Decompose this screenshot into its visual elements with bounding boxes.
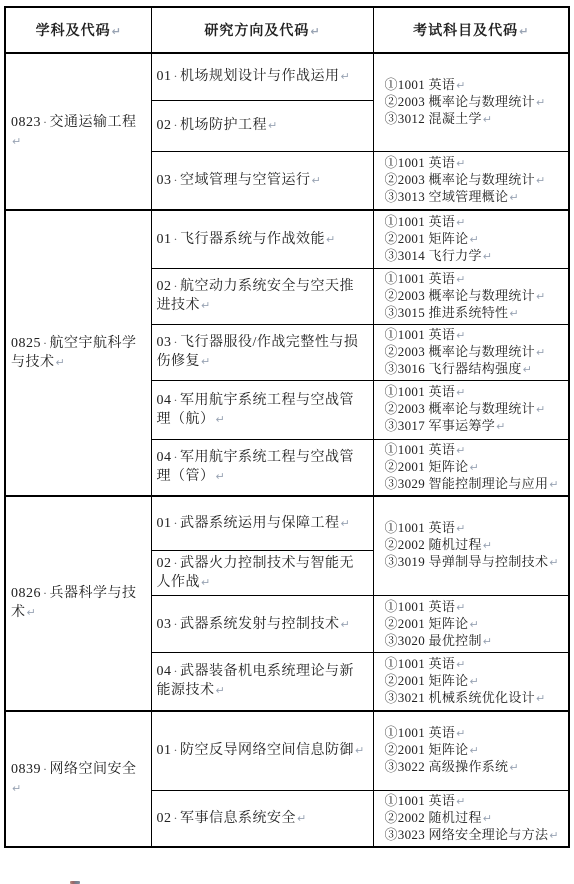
return-mark: ↵ xyxy=(325,233,335,246)
return-mark: ↵ xyxy=(455,329,465,342)
header-cell-discipline: 学科及代码↵ xyxy=(5,7,151,53)
discipline-cell: 0826·兵器科学与技术↵ xyxy=(5,496,151,711)
return-mark: ↵ xyxy=(535,692,545,705)
direction-cell: 04·武器装备机电系统理论与新能源技术↵ xyxy=(151,653,373,711)
return-mark: ↵ xyxy=(215,684,225,697)
section-0825: 0825·航空宇航科学与技术↵ 01·飞行器系统与作战效能↵ ①1001 英语↵… xyxy=(5,210,569,496)
exam-line: ②2003 概率论与数理统计↵ xyxy=(385,288,567,305)
separator-dot: · xyxy=(172,450,181,464)
exam-subject: ②2003 概率论与数理统计 xyxy=(385,401,535,416)
return-mark: ↵ xyxy=(548,556,558,569)
return-mark: ↵ xyxy=(340,618,350,631)
separator-dot: · xyxy=(172,617,181,631)
exam-subject: ①1001 英语 xyxy=(385,520,456,535)
return-mark: ↵ xyxy=(468,233,478,246)
exam-cell: ①1001 英语↵ ②2001 矩阵论↵ ③3022 高级操作系统↵ xyxy=(373,711,569,791)
separator-dot: · xyxy=(172,743,181,757)
discipline-cell: 0825·航空宇航科学与技术↵ xyxy=(5,210,151,496)
exam-cell: ①1001 英语↵ ②2001 矩阵论↵ ③3021 机械系统优化设计↵ xyxy=(373,653,569,711)
discipline-code: 0826 xyxy=(11,586,41,601)
exam-subject: ②2003 概率论与数理统计 xyxy=(385,288,535,303)
exam-subject: ③3020 最优控制 xyxy=(385,633,482,648)
exam-subject: ②2003 概率论与数理统计 xyxy=(385,94,535,109)
direction-name: 军用航宇系统工程与空战管理（航） xyxy=(157,393,355,427)
exam-line: ②2001 矩阵论↵ xyxy=(385,673,567,690)
exam-subject: ②2001 矩阵论 xyxy=(385,231,469,246)
exam-line: ③3019 导弹制导与控制技术↵ xyxy=(385,554,567,571)
direction-name: 机场防护工程 xyxy=(180,118,267,133)
exam-line: ②2003 概率论与数理统计↵ xyxy=(385,94,567,111)
exam-line: ①1001 英语↵ xyxy=(385,520,567,537)
return-mark: ↵ xyxy=(200,299,210,312)
separator-dot: · xyxy=(172,811,181,825)
direction-cell: 02·军事信息系统安全↵ xyxy=(151,791,373,848)
return-mark: ↵ xyxy=(535,96,545,109)
return-mark: ↵ xyxy=(455,522,465,535)
return-mark: ↵ xyxy=(482,539,492,552)
return-mark: ↵ xyxy=(468,675,478,688)
direction-cell: 02·武器火力控制技术与智能无人作战↵ xyxy=(151,551,373,596)
separator-dot: · xyxy=(41,762,50,776)
exam-line: ③3021 机械系统优化设计↵ xyxy=(385,690,567,707)
exam-subject: ①1001 英语 xyxy=(385,327,456,342)
exam-line: ①1001 英语↵ xyxy=(385,384,567,401)
direction-code: 01 xyxy=(157,232,172,247)
table-row: 0823·交通运输工程↵ 01·机场规划设计与作战运用↵ ①1001 英语↵ ②… xyxy=(5,53,569,100)
discipline-code: 0839 xyxy=(11,762,41,777)
separator-dot: · xyxy=(41,586,50,600)
exam-line: ③3014 飞行力学↵ xyxy=(385,248,567,265)
return-mark: ↵ xyxy=(11,135,21,148)
direction-code: 04 xyxy=(157,393,172,408)
exam-line: ②2001 矩阵论↵ xyxy=(385,459,567,476)
exam-subject: ③3023 网络安全理论与方法 xyxy=(385,827,549,842)
return-mark: ↵ xyxy=(455,795,465,808)
exam-subject: ①1001 英语 xyxy=(385,384,456,399)
direction-name: 机场规划设计与作战运用 xyxy=(180,69,340,84)
exam-line: ①1001 英语↵ xyxy=(385,442,567,459)
exam-subject: ②2001 矩阵论 xyxy=(385,742,469,757)
return-mark: ↵ xyxy=(482,812,492,825)
exam-line: ③3023 网络安全理论与方法↵ xyxy=(385,827,567,844)
return-mark: ↵ xyxy=(55,356,65,369)
direction-cell: 02·机场防护工程↵ xyxy=(151,100,373,151)
separator-dot: · xyxy=(172,393,181,407)
exam-subject: ③3019 导弹制导与控制技术 xyxy=(385,554,549,569)
exam-subject: ②2003 概率论与数理统计 xyxy=(385,344,535,359)
direction-cell: 01·机场规划设计与作战运用↵ xyxy=(151,53,373,100)
return-mark: ↵ xyxy=(340,517,350,530)
return-mark: ↵ xyxy=(455,216,465,229)
direction-cell: 01·防空反导网络空间信息防御↵ xyxy=(151,711,373,791)
direction-code: 03 xyxy=(157,335,172,350)
direction-name: 飞行器服役/作战完整性与损伤修复 xyxy=(157,335,359,369)
direction-cell: 03·飞行器服役/作战完整性与损伤修复↵ xyxy=(151,324,373,380)
direction-name: 防空反导网络空间信息防御 xyxy=(180,743,354,758)
separator-dot: · xyxy=(41,115,50,129)
return-mark: ↵ xyxy=(508,761,518,774)
exam-line: ②2003 概率论与数理统计↵ xyxy=(385,172,567,189)
return-mark: ↵ xyxy=(296,812,306,825)
exam-cell: ①1001 英语↵ ②2003 概率论与数理统计↵ ③3013 空域管理概论↵ xyxy=(373,151,569,210)
header-row: 学科及代码↵ 研究方向及代码↵ 考试科目及代码↵ xyxy=(5,7,569,53)
section-0839: 0839·网络空间安全↵ 01·防空反导网络空间信息防御↵ ①1001 英语↵ … xyxy=(5,711,569,848)
direction-cell: 03·武器系统发射与控制技术↵ xyxy=(151,596,373,653)
section-0826: 0826·兵器科学与技术↵ 01·武器系统运用与保障工程↵ ①1001 英语↵ … xyxy=(5,496,569,711)
discipline-cell: 0839·网络空间安全↵ xyxy=(5,711,151,848)
exam-line: ③3012 混凝土学↵ xyxy=(385,111,567,128)
direction-code: 01 xyxy=(157,743,172,758)
discipline-cell: 0823·交通运输工程↵ xyxy=(5,53,151,210)
separator-dot: · xyxy=(172,664,181,678)
direction-name: 武器装备机电系统理论与新能源技术 xyxy=(157,664,355,698)
return-mark: ↵ xyxy=(468,744,478,757)
return-mark: ↵ xyxy=(548,478,558,491)
direction-name: 军用航宇系统工程与空战管理（管） xyxy=(157,450,355,484)
exam-subject: ③3013 空域管理概论 xyxy=(385,189,509,204)
exam-cell: ①1001 英语↵ ②2003 概率论与数理统计↵ ③3012 混凝土学↵ xyxy=(373,53,569,151)
return-mark: ↵ xyxy=(455,79,465,92)
exam-line: ②2002 随机过程↵ xyxy=(385,537,567,554)
exam-subject: ①1001 英语 xyxy=(385,77,456,92)
exam-line: ②2001 矩阵论↵ xyxy=(385,616,567,633)
exam-subject: ③3029 智能控制理论与应用 xyxy=(385,476,549,491)
exam-line: ①1001 英语↵ xyxy=(385,155,567,172)
separator-dot: · xyxy=(172,173,181,187)
direction-code: 02 xyxy=(157,811,172,826)
return-mark: ↵ xyxy=(200,576,210,589)
return-mark: ↵ xyxy=(455,273,465,286)
exam-line: ③3017 军事运筹学↵ xyxy=(385,418,567,435)
direction-cell: 04·军用航宇系统工程与空战管理（航）↵ xyxy=(151,380,373,439)
exam-line: ①1001 英语↵ xyxy=(385,327,567,344)
direction-code: 02 xyxy=(157,556,172,571)
exam-line: ②2001 矩阵论↵ xyxy=(385,742,567,759)
direction-name: 武器火力控制技术与智能无人作战 xyxy=(157,556,355,590)
exam-subject: ③3022 高级操作系统 xyxy=(385,759,509,774)
table-row: 0826·兵器科学与技术↵ 01·武器系统运用与保障工程↵ ①1001 英语↵ … xyxy=(5,496,569,551)
return-mark: ↵ xyxy=(26,606,36,619)
exam-line: ①1001 英语↵ xyxy=(385,77,567,94)
exam-line: ③3015 推进系统特性↵ xyxy=(385,305,567,322)
return-mark: ↵ xyxy=(482,250,492,263)
exam-subject: ①1001 英语 xyxy=(385,656,456,671)
exam-subject: ②2001 矩阵论 xyxy=(385,616,469,631)
exam-subject: ③3017 军事运筹学 xyxy=(385,418,496,433)
return-mark: ↵ xyxy=(508,191,518,204)
exam-subject: ③3021 机械系统优化设计 xyxy=(385,690,535,705)
discipline-name: 网络空间安全 xyxy=(50,762,137,777)
exam-line: ②2002 随机过程↵ xyxy=(385,810,567,827)
separator-dot: · xyxy=(172,118,181,132)
direction-cell: 03·空域管理与空管运行↵ xyxy=(151,151,373,210)
exam-subject: ③3015 推进系统特性 xyxy=(385,305,509,320)
return-mark: ↵ xyxy=(482,113,492,126)
return-mark: ↵ xyxy=(455,727,465,740)
exam-subject: ①1001 英语 xyxy=(385,442,456,457)
return-mark: ↵ xyxy=(11,782,21,795)
return-mark: ↵ xyxy=(455,601,465,614)
header-cell-exam: 考试科目及代码↵ xyxy=(373,7,569,53)
return-mark: ↵ xyxy=(468,461,478,474)
exam-cell: ①1001 英语↵ ②2002 随机过程↵ ③3023 网络安全理论与方法↵ xyxy=(373,791,569,848)
exam-cell: ①1001 英语↵ ②2001 矩阵论↵ ③3020 最优控制↵ xyxy=(373,596,569,653)
exam-line: ①1001 英语↵ xyxy=(385,656,567,673)
exam-line: ③3020 最优控制↵ xyxy=(385,633,567,650)
section-0823: 0823·交通运输工程↵ 01·机场规划设计与作战运用↵ ①1001 英语↵ ②… xyxy=(5,53,569,210)
exam-subject: ②2001 矩阵论 xyxy=(385,673,469,688)
discipline-name: 交通运输工程 xyxy=(50,115,137,130)
direction-cell: 04·军用航宇系统工程与空战管理（管）↵ xyxy=(151,439,373,496)
return-mark: ↵ xyxy=(111,25,121,38)
exam-cell: ①1001 英语↵ ②2003 概率论与数理统计↵ ③3015 推进系统特性↵ xyxy=(373,268,569,324)
table-row: 0825·航空宇航科学与技术↵ 01·飞行器系统与作战效能↵ ①1001 英语↵… xyxy=(5,210,569,268)
direction-name: 航空动力系统安全与空天推进技术 xyxy=(157,279,355,313)
separator-dot: · xyxy=(172,279,181,293)
exam-line: ①1001 英语↵ xyxy=(385,271,567,288)
return-mark: ↵ xyxy=(535,290,545,303)
exam-cell: ①1001 英语↵ ②2003 概率论与数理统计↵ ③3017 军事运筹学↵ xyxy=(373,380,569,439)
exam-cell: ①1001 英语↵ ②2001 矩阵论↵ ③3014 飞行力学↵ xyxy=(373,210,569,268)
separator-dot: · xyxy=(172,69,181,83)
return-mark: ↵ xyxy=(455,444,465,457)
exam-line: ③3013 空域管理概论↵ xyxy=(385,189,567,206)
exam-line: ①1001 英语↵ xyxy=(385,793,567,810)
return-mark: ↵ xyxy=(508,307,518,320)
direction-cell: 01·飞行器系统与作战效能↵ xyxy=(151,210,373,268)
return-mark: ↵ xyxy=(468,618,478,631)
direction-code: 03 xyxy=(157,617,172,632)
discipline-code: 0823 xyxy=(11,115,41,130)
direction-code: 04 xyxy=(157,450,172,465)
exam-line: ①1001 英语↵ xyxy=(385,214,567,231)
return-mark: ↵ xyxy=(200,355,210,368)
return-mark: ↵ xyxy=(522,363,532,376)
return-mark: ↵ xyxy=(311,174,321,187)
discipline-code: 0825 xyxy=(11,336,41,351)
exam-line: ③3016 飞行器结构强度↵ xyxy=(385,361,567,378)
direction-code: 01 xyxy=(157,69,172,84)
exam-subject: ①1001 英语 xyxy=(385,599,456,614)
exam-line: ②2003 概率论与数理统计↵ xyxy=(385,344,567,361)
exam-line: ③3029 智能控制理论与应用↵ xyxy=(385,476,567,493)
return-mark: ↵ xyxy=(309,25,319,38)
direction-name: 空域管理与空管运行 xyxy=(180,173,311,188)
exam-subject: ①1001 英语 xyxy=(385,271,456,286)
exam-line: ①1001 英语↵ xyxy=(385,725,567,742)
header-label: 研究方向及代码 xyxy=(204,24,309,39)
direction-code: 03 xyxy=(157,173,172,188)
return-mark: ↵ xyxy=(482,635,492,648)
direction-name: 武器系统发射与控制技术 xyxy=(180,617,340,632)
separator-dot: · xyxy=(172,232,181,246)
exam-line: ②2001 矩阵论↵ xyxy=(385,231,567,248)
exam-subject: ③3014 飞行力学 xyxy=(385,248,482,263)
return-mark: ↵ xyxy=(548,829,558,842)
direction-cell: 02·航空动力系统安全与空天推进技术↵ xyxy=(151,268,373,324)
exam-subject: ①1001 英语 xyxy=(385,155,456,170)
exam-subject: ③3016 飞行器结构强度 xyxy=(385,361,522,376)
return-mark: ↵ xyxy=(455,386,465,399)
header-cell-direction: 研究方向及代码↵ xyxy=(151,7,373,53)
exam-subject: ②2001 矩阵论 xyxy=(385,459,469,474)
return-mark: ↵ xyxy=(535,174,545,187)
direction-name: 飞行器系统与作战效能 xyxy=(180,232,325,247)
return-mark: ↵ xyxy=(495,420,505,433)
separator-dot: · xyxy=(172,556,181,570)
admissions-table: 学科及代码↵ 研究方向及代码↵ 考试科目及代码↵ 0823·交通运输工程↵ 01… xyxy=(4,6,570,848)
return-mark: ↵ xyxy=(535,403,545,416)
exam-subject: ②2002 随机过程 xyxy=(385,810,482,825)
exam-subject: ①1001 英语 xyxy=(385,725,456,740)
exam-subject: ②2003 概率论与数理统计 xyxy=(385,172,535,187)
exam-line: ②2003 概率论与数理统计↵ xyxy=(385,401,567,418)
return-mark: ↵ xyxy=(215,470,225,483)
direction-name: 军事信息系统安全 xyxy=(180,811,296,826)
return-mark: ↵ xyxy=(535,346,545,359)
return-mark: ↵ xyxy=(354,744,364,757)
direction-cell: 01·武器系统运用与保障工程↵ xyxy=(151,496,373,551)
exam-subject: ③3012 混凝土学 xyxy=(385,111,482,126)
separator-dot: · xyxy=(172,335,181,349)
return-mark: ↵ xyxy=(215,413,225,426)
exam-subject: ①1001 英语 xyxy=(385,793,456,808)
direction-name: 武器系统运用与保障工程 xyxy=(180,516,340,531)
direction-code: 02 xyxy=(157,279,172,294)
return-mark: ↵ xyxy=(267,119,277,132)
direction-code: 02 xyxy=(157,118,172,133)
return-mark: ↵ xyxy=(340,70,350,83)
header-label: 考试科目及代码 xyxy=(413,24,518,39)
table-row: 0839·网络空间安全↵ 01·防空反导网络空间信息防御↵ ①1001 英语↵ … xyxy=(5,711,569,791)
exam-line: ①1001 英语↵ xyxy=(385,599,567,616)
exam-line: ③3022 高级操作系统↵ xyxy=(385,759,567,776)
table-header: 学科及代码↵ 研究方向及代码↵ 考试科目及代码↵ xyxy=(5,7,569,53)
exam-subject: ②2002 随机过程 xyxy=(385,537,482,552)
return-mark: ↵ xyxy=(455,658,465,671)
exam-cell: ①1001 英语↵ ②2001 矩阵论↵ ③3029 智能控制理论与应用↵ xyxy=(373,439,569,496)
direction-code: 01 xyxy=(157,516,172,531)
header-label: 学科及代码 xyxy=(36,24,111,39)
direction-code: 04 xyxy=(157,664,172,679)
exam-cell: ①1001 英语↵ ②2002 随机过程↵ ③3019 导弹制导与控制技术↵ xyxy=(373,496,569,596)
separator-dot: · xyxy=(41,336,50,350)
exam-cell: ①1001 英语↵ ②2003 概率论与数理统计↵ ③3016 飞行器结构强度↵ xyxy=(373,324,569,380)
exam-subject: ①1001 英语 xyxy=(385,214,456,229)
return-mark: ↵ xyxy=(455,157,465,170)
return-mark: ↵ xyxy=(518,25,528,38)
separator-dot: · xyxy=(172,516,181,530)
